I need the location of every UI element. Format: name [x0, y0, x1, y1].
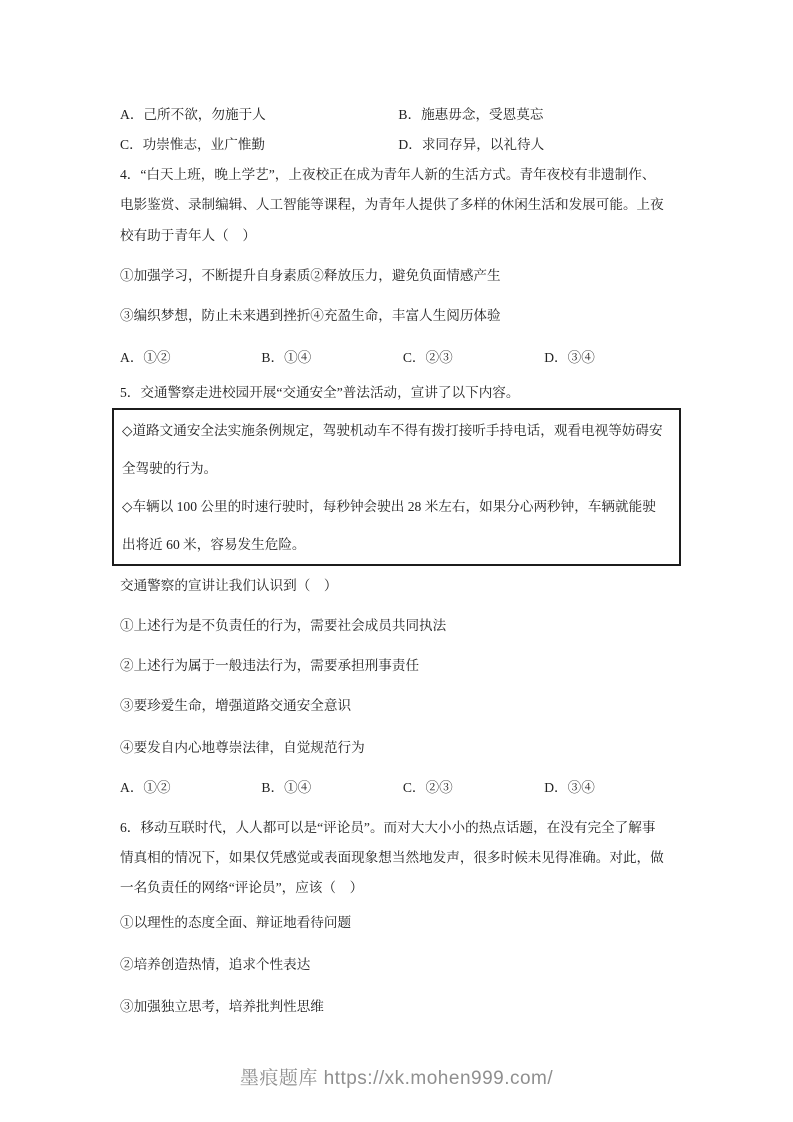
q4-item-line-2: ③编织梦想，防止未来遇到挫折④充盈生命，丰富人生阅历体验 [120, 305, 681, 326]
q4-option-d: D．③④ [544, 347, 595, 368]
q3-options-row-ab: A．己所不欲，勿施于人 B．施惠毋念，受恩莫忘 [120, 104, 681, 125]
q6-stem-line-3: 一名负责任的网络“评论员”，应该（ ） [120, 877, 681, 898]
exam-content: A．己所不欲，勿施于人 B．施惠毋念，受恩莫忘 C．功崇惟志，业广惟勤 D．求同… [112, 0, 681, 1017]
q6-stem-line-1: 6．移动互联时代，人人都可以是“评论员”。而对大大小小的热点话题，在没有完全了解… [120, 817, 681, 838]
q6-item-1: ①以理性的态度全面、辩证地看待问题 [120, 912, 681, 933]
q3-option-b: B．施惠毋念，受恩莫忘 [398, 104, 543, 125]
q4-stem-line-3: 校有助于青年人（ ） [120, 225, 681, 246]
q5-box-line-3: ◇车辆以 100 公里的时速行驶时，每秒钟会驶出 28 米左右，如果分心两秒钟，… [122, 488, 671, 526]
q5-option-d: D．③④ [544, 777, 595, 798]
q5-item-4: ④要发自内心地尊崇法律，自觉规范行为 [120, 737, 681, 758]
q5-item-1: ①上述行为是不负责任的行为，需要社会成员共同执法 [120, 615, 681, 636]
watermark-site-name: 墨痕题库 [240, 1068, 318, 1089]
page-watermark: 墨痕题库 https://xk.mohen999.com/ [0, 1063, 793, 1090]
q4-option-c: C．②③ [403, 347, 541, 368]
q3-option-a: A．己所不欲，勿施于人 [120, 104, 395, 125]
q6-stem-line-2: 情真相的情况下，如果仅凭感觉或表面现象想当然地发声，很多时候未见得准确。对此，做 [120, 847, 681, 868]
q3-options-row-cd: C．功崇惟志，业广惟勤 D．求同存异，以礼待人 [120, 134, 681, 155]
q5-box-line-2: 全驾驶的行为。 [122, 450, 671, 488]
watermark-url: https://xk.mohen999.com/ [324, 1068, 554, 1089]
q5-info-box: ◇道路文通安全法实施条例规定，驾驶机动车不得有拨打接听手持电话，观看电视等妨碍安… [112, 408, 681, 566]
q4-stem-line-1: 4．“白天上班，晚上学艺”，上夜校正在成为青年人新的生活方式。青年夜校有非遗制作… [120, 164, 681, 185]
q5-option-a: A．①② [120, 777, 258, 798]
q3-option-d: D．求同存异，以礼待人 [398, 134, 544, 155]
q3-option-c: C．功崇惟志，业广惟勤 [120, 134, 395, 155]
q4-option-b: B．①④ [261, 347, 399, 368]
q4-options-row: A．①② B．①④ C．②③ D．③④ [120, 347, 681, 368]
q5-item-2: ②上述行为属于一般违法行为，需要承担刑事责任 [120, 655, 681, 676]
q5-stem: 5．交通警察走进校园开展“交通安全”普法活动，宣讲了以下内容。 [120, 382, 681, 403]
q4-item-line-1: ①加强学习，不断提升自身素质②释放压力，避免负面情感产生 [120, 265, 681, 286]
q5-item-3: ③要珍爱生命，增强道路交通安全意识 [120, 695, 681, 716]
q5-lead-in: 交通警察的宣讲让我们认识到（ ） [120, 575, 681, 596]
q6-item-3: ③加强独立思考，培养批判性思维 [120, 996, 681, 1017]
q5-options-row: A．①② B．①④ C．②③ D．③④ [120, 777, 681, 798]
q5-box-line-4: 出将近 60 米，容易发生危险。 [122, 526, 671, 564]
q5-option-c: C．②③ [403, 777, 541, 798]
q5-option-b: B．①④ [261, 777, 399, 798]
q4-stem-line-2: 电影鉴赏、录制编辑、人工智能等课程，为青年人提供了多样的休闲生活和发展可能。上夜 [120, 194, 681, 215]
q6-item-2: ②培养创造热情，追求个性表达 [120, 954, 681, 975]
exam-page: A．己所不欲，勿施于人 B．施惠毋念，受恩莫忘 C．功崇惟志，业广惟勤 D．求同… [0, 0, 793, 1122]
q4-option-a: A．①② [120, 347, 258, 368]
q5-box-line-1: ◇道路文通安全法实施条例规定，驾驶机动车不得有拨打接听手持电话，观看电视等妨碍安 [122, 412, 671, 450]
